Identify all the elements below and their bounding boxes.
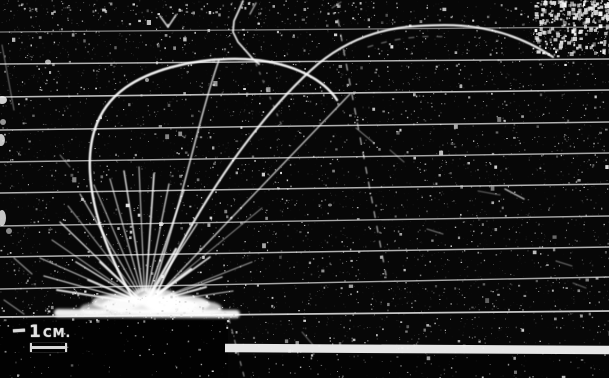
cloud-chamber-photograph: 1CM. [0, 0, 609, 378]
photo-canvas [0, 0, 609, 378]
bottom-light-bar [225, 348, 609, 350]
